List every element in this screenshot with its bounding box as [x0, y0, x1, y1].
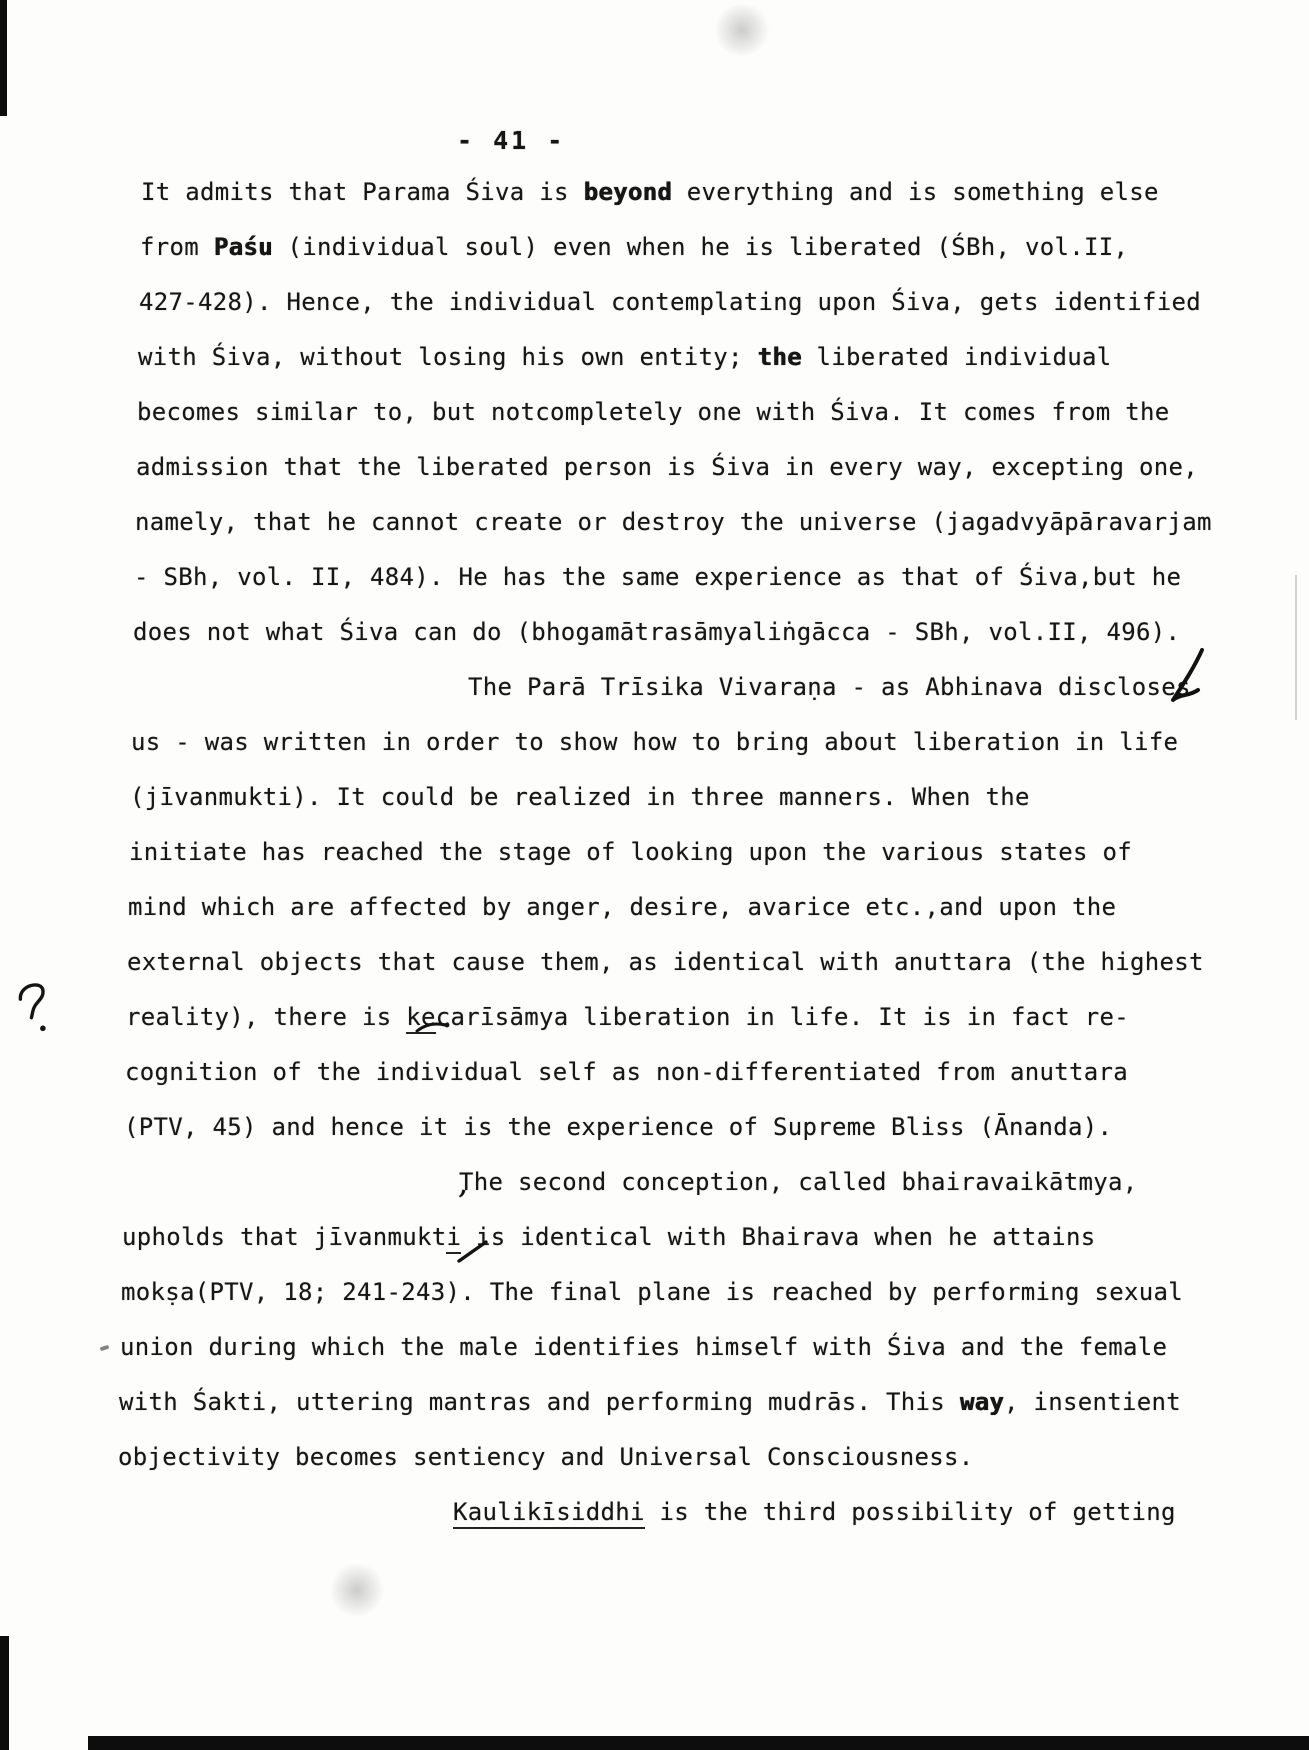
- scan-edge-artifact-left-bottom: [0, 1636, 9, 1750]
- text-line-3: 427-428). Hence, the individual contempl…: [0, 275, 1309, 330]
- scan-edge-artifact-left-top: [0, 0, 7, 116]
- text-line-17: cognition of the individual self as non-…: [0, 1045, 1309, 1100]
- text-line-7: namely, that he cannot create or destroy…: [0, 495, 1309, 550]
- margin-question-mark: [13, 977, 62, 1037]
- text-line-24: objectivity becomes sentiency and Univer…: [0, 1430, 1309, 1485]
- scan-smudge-top: [714, 4, 770, 56]
- scan-edge-artifact-right: [1295, 575, 1297, 720]
- text-line-13: initiate has reached the stage of lookin…: [0, 825, 1309, 880]
- text-line-15: external objects that cause them, as ide…: [0, 935, 1309, 990]
- page-number: - 41 -: [457, 126, 565, 155]
- scanned-document-page: - 41 - It admits that Parama Śiva is bey…: [0, 0, 1309, 1750]
- text-line-10: The Parā Trīsika Vivaraṇa - as Abhinava …: [0, 660, 1309, 715]
- text-line-20: upholds that jīvanmukti is identical wit…: [0, 1210, 1309, 1265]
- text-line-8: - SBh, vol. II, 484). He has the same ex…: [0, 550, 1309, 605]
- text-line-19: The second conception, called bhairavaik…: [0, 1155, 1309, 1210]
- scan-edge-artifact-bottom: [88, 1736, 1309, 1750]
- text-line-6: admission that the liberated person is Ś…: [0, 440, 1309, 495]
- handwritten-slash-mark: [456, 1238, 490, 1264]
- scan-smudge-bottom: [330, 1563, 384, 1617]
- handwritten-insert-mark: [1166, 646, 1212, 708]
- text-line-21: mokṣa(PTV, 18; 241-243). The final plane…: [0, 1265, 1309, 1320]
- text-line-2: from Paśu (individual soul) even when he…: [0, 220, 1309, 275]
- text-line-18: (PTV, 45) and hence it is the experience…: [0, 1100, 1309, 1155]
- text-line-22: union during which the male identifies h…: [0, 1320, 1309, 1375]
- text-line-11: us - was written in order to show how to…: [0, 715, 1309, 770]
- text-line-12: (jīvanmukti). It could be realized in th…: [0, 770, 1309, 825]
- text-line-1: It admits that Parama Śiva is beyond eve…: [0, 165, 1309, 220]
- text-line-14: mind which are affected by anger, desire…: [0, 880, 1309, 935]
- text-line-16: reality), there is kecarīsāmya liberatio…: [0, 990, 1309, 1045]
- text-line-9: does not what Śiva can do (bhogamātrasām…: [0, 605, 1309, 660]
- text-line-4: with Śiva, without losing his own entity…: [0, 330, 1309, 385]
- text-block: It admits that Parama Śiva is beyond eve…: [0, 165, 1309, 1540]
- handwritten-dash-arrow: [414, 1018, 454, 1036]
- text-line-5: becomes similar to, but notcompletely on…: [0, 385, 1309, 440]
- text-line-23: with Śakti, uttering mantras and perform…: [0, 1375, 1309, 1430]
- text-line-25: Kaulikīsiddhi is the third possibility o…: [0, 1485, 1309, 1540]
